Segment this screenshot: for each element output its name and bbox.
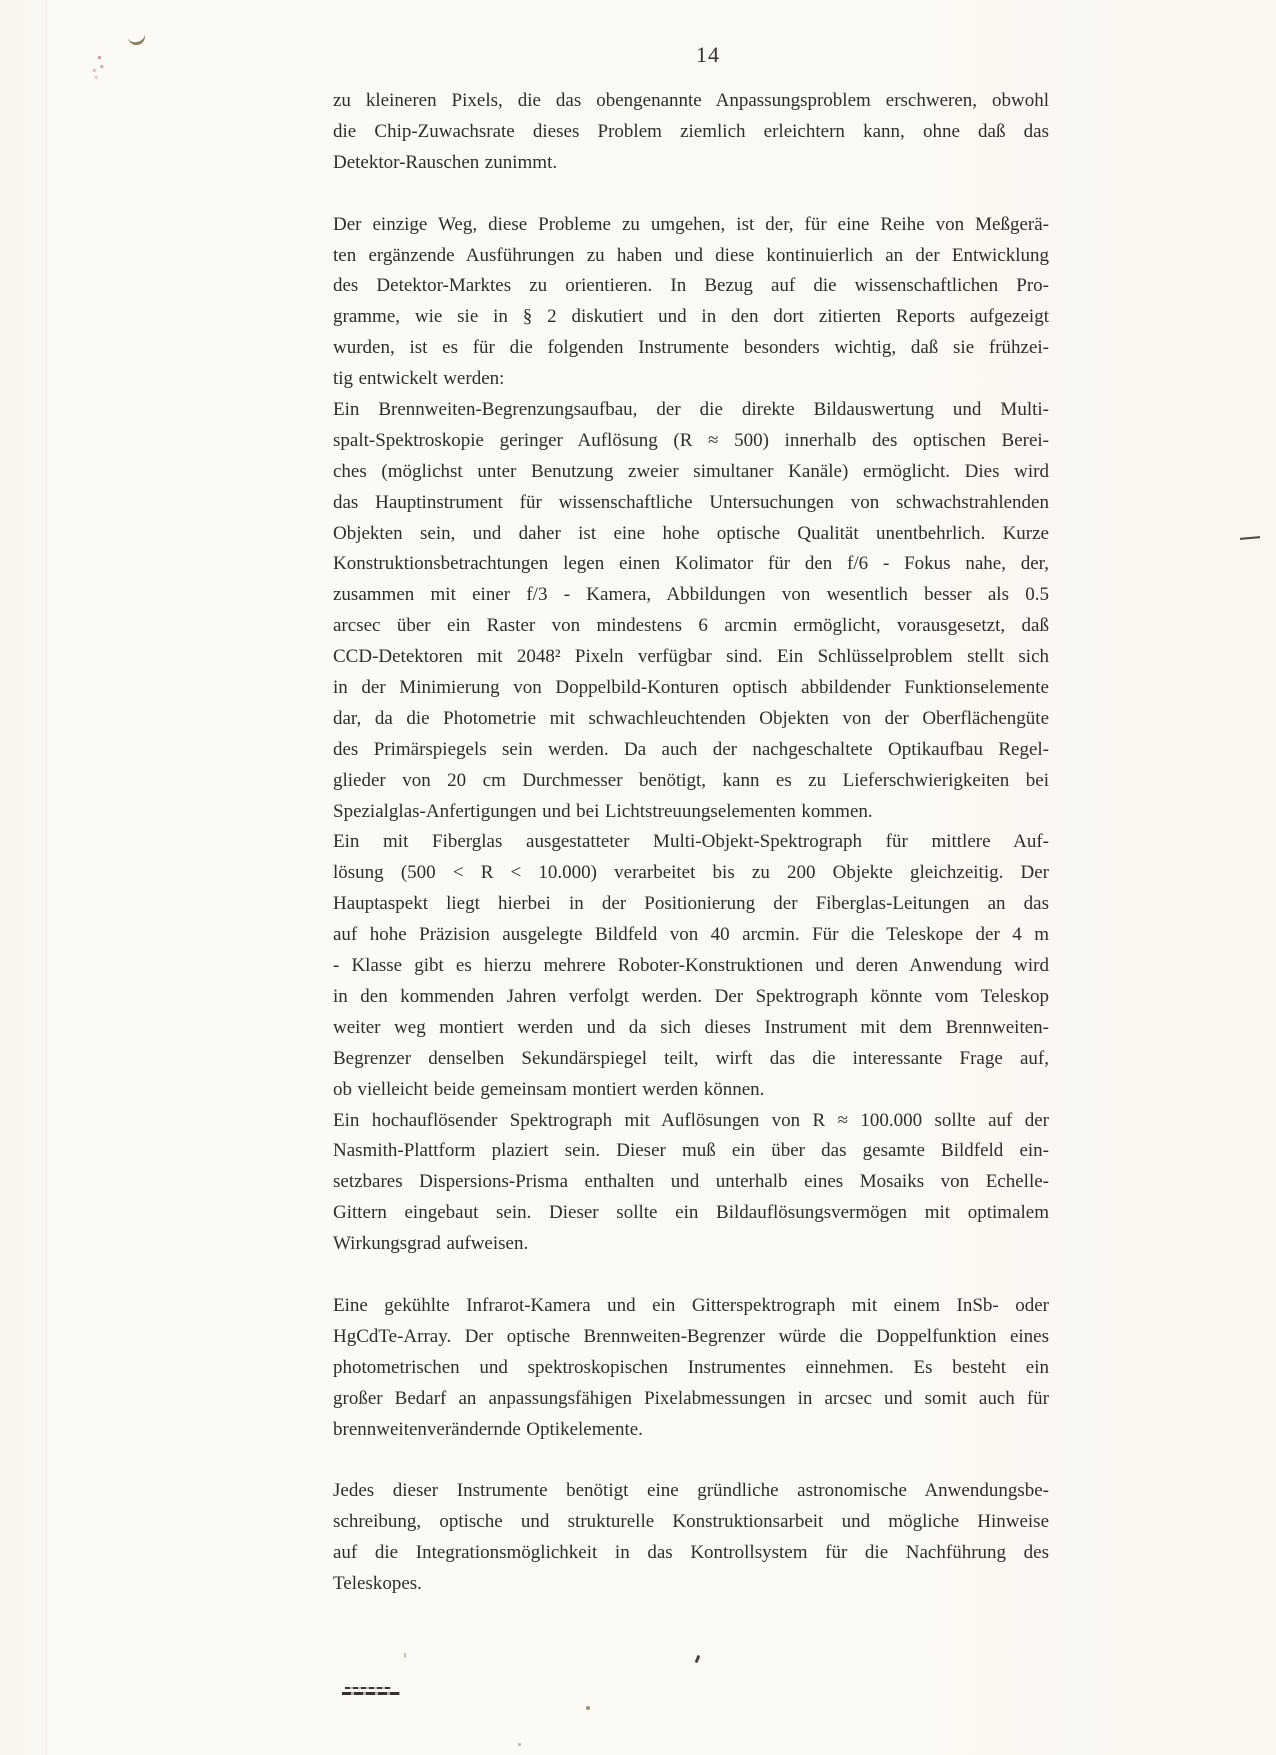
- text-line: ten ergänzende Ausführungen zu haben und…: [333, 241, 1049, 272]
- text-line: gramme, wie sie in § 2 diskutiert und in…: [333, 302, 1049, 333]
- margin-dash-mark: [1240, 536, 1260, 540]
- text-line: HgCdTe-Array. Der optische Brennweiten-B…: [333, 1322, 1049, 1353]
- text-line: Gittern eingebaut sein. Dieser sollte ei…: [333, 1198, 1049, 1229]
- paragraph: Jedes dieser Instrumente benötigt eine g…: [333, 1476, 1049, 1600]
- paragraph: Der einzige Weg, diese Probleme zu umgeh…: [333, 210, 1049, 395]
- text-line: photometrischen und spektroskopischen In…: [333, 1353, 1049, 1384]
- text-line: ob vielleicht beide gemeinsam montiert w…: [333, 1075, 1049, 1106]
- paragraph: Ein Brennweiten-Begrenzungsaufbau, der d…: [333, 395, 1049, 827]
- text-line: Objekten sein, und daher ist eine hohe o…: [333, 519, 1049, 550]
- text-line: brennweitenverändernde Optikelemente.: [333, 1415, 1049, 1446]
- scan-speck: [695, 1655, 701, 1664]
- text-line: ches (möglichst unter Benutzung zweier s…: [333, 457, 1049, 488]
- text-line: Der einzige Weg, diese Probleme zu umgeh…: [333, 210, 1049, 241]
- text-line: Detektor-Rauschen zunimmt.: [333, 148, 1049, 179]
- text-line: des Detektor-Marktes zu orientieren. In …: [333, 271, 1049, 302]
- text-line: tig entwickelt werden:: [333, 364, 1049, 395]
- bottom-smudge-line: [342, 1692, 400, 1695]
- text-line: Hauptaspekt liegt hierbei in der Positio…: [333, 889, 1049, 920]
- text-line: schreibung, optische und strukturelle Ko…: [333, 1507, 1049, 1538]
- text-line: zu kleineren Pixels, die das obengenannt…: [333, 86, 1049, 117]
- text-line: in der Minimierung von Doppelbild-Kontur…: [333, 673, 1049, 704]
- text-line: dar, da die Photometrie mit schwachleuch…: [333, 704, 1049, 735]
- text-line: großer Bedarf an anpassungsfähigen Pixel…: [333, 1384, 1049, 1415]
- scan-speck: [586, 1706, 590, 1710]
- text-line: lösung (500 < R < 10.000) verarbeitet bi…: [333, 858, 1049, 889]
- paragraph: Eine gekühlte Infrarot-Kamera und ein Gi…: [333, 1291, 1049, 1445]
- text-line: - Klasse gibt es hierzu mehrere Roboter-…: [333, 951, 1049, 982]
- text-line: Wirkungsgrad aufweisen.: [333, 1229, 1049, 1260]
- text-line: Begrenzer denselben Sekundärspiegel teil…: [333, 1044, 1049, 1075]
- text-line: das Hauptinstrument für wissenschaftlich…: [333, 488, 1049, 519]
- text-line: setzbares Dispersions-Prisma enthalten u…: [333, 1167, 1049, 1198]
- text-line: Teleskopes.: [333, 1569, 1049, 1600]
- text-line: Eine gekühlte Infrarot-Kamera und ein Gi…: [333, 1291, 1049, 1322]
- text-line: Ein mit Fiberglas ausgestatteter Multi-O…: [333, 827, 1049, 858]
- paragraph: zu kleineren Pixels, die das obengenannt…: [333, 86, 1049, 179]
- text-line: Jedes dieser Instrumente benötigt eine g…: [333, 1476, 1049, 1507]
- document-text-body: zu kleineren Pixels, die das obengenannt…: [333, 86, 1049, 1600]
- text-line: auf die Integrationsmöglichkeit in das K…: [333, 1538, 1049, 1569]
- text-line: Ein hochauflösender Spektrograph mit Auf…: [333, 1106, 1049, 1137]
- text-line: Nasmith-Plattform plaziert sein. Dieser …: [333, 1136, 1049, 1167]
- text-line: CCD-Detektoren mit 2048² Pixeln verfügba…: [333, 642, 1049, 673]
- paragraph: Ein mit Fiberglas ausgestatteter Multi-O…: [333, 827, 1049, 1105]
- handwritten-squiggle-mark: [127, 31, 147, 47]
- text-line: Ein Brennweiten-Begrenzungsaufbau, der d…: [333, 395, 1049, 426]
- text-line: zusammen mit einer f/3 - Kamera, Abbildu…: [333, 580, 1049, 611]
- text-line: Spezialglas-Anfertigungen und bei Lichts…: [333, 797, 1049, 828]
- text-line: spalt-Spektroskopie geringer Auflösung (…: [333, 426, 1049, 457]
- text-line: weiter weg montiert werden und da sich d…: [333, 1013, 1049, 1044]
- paper-fold-line: [46, 0, 47, 1755]
- text-line: in den kommenden Jahren verfolgt werden.…: [333, 982, 1049, 1013]
- scan-speck: [404, 1653, 406, 1658]
- text-line: Konstruktionsbetrachtungen legen einen K…: [333, 549, 1049, 580]
- text-line: arcsec über ein Raster von mindestens 6 …: [333, 611, 1049, 642]
- scan-speck: [518, 1743, 521, 1746]
- paragraph: Ein hochauflösender Spektrograph mit Auf…: [333, 1106, 1049, 1260]
- text-line: des Primärspiegels sein werden. Da auch …: [333, 735, 1049, 766]
- text-line: die Chip-Zuwachsrate dieses Problem ziem…: [333, 117, 1049, 148]
- text-line: glieder von 20 cm Durchmesser benötigt, …: [333, 766, 1049, 797]
- red-pencil-specks: [98, 56, 102, 60]
- page-number: 14: [696, 42, 744, 68]
- text-line: wurden, ist es für die folgenden Instrum…: [333, 333, 1049, 364]
- text-line: auf hohe Präzision ausgelegte Bildfeld v…: [333, 920, 1049, 951]
- bottom-smudge-line: [345, 1687, 391, 1689]
